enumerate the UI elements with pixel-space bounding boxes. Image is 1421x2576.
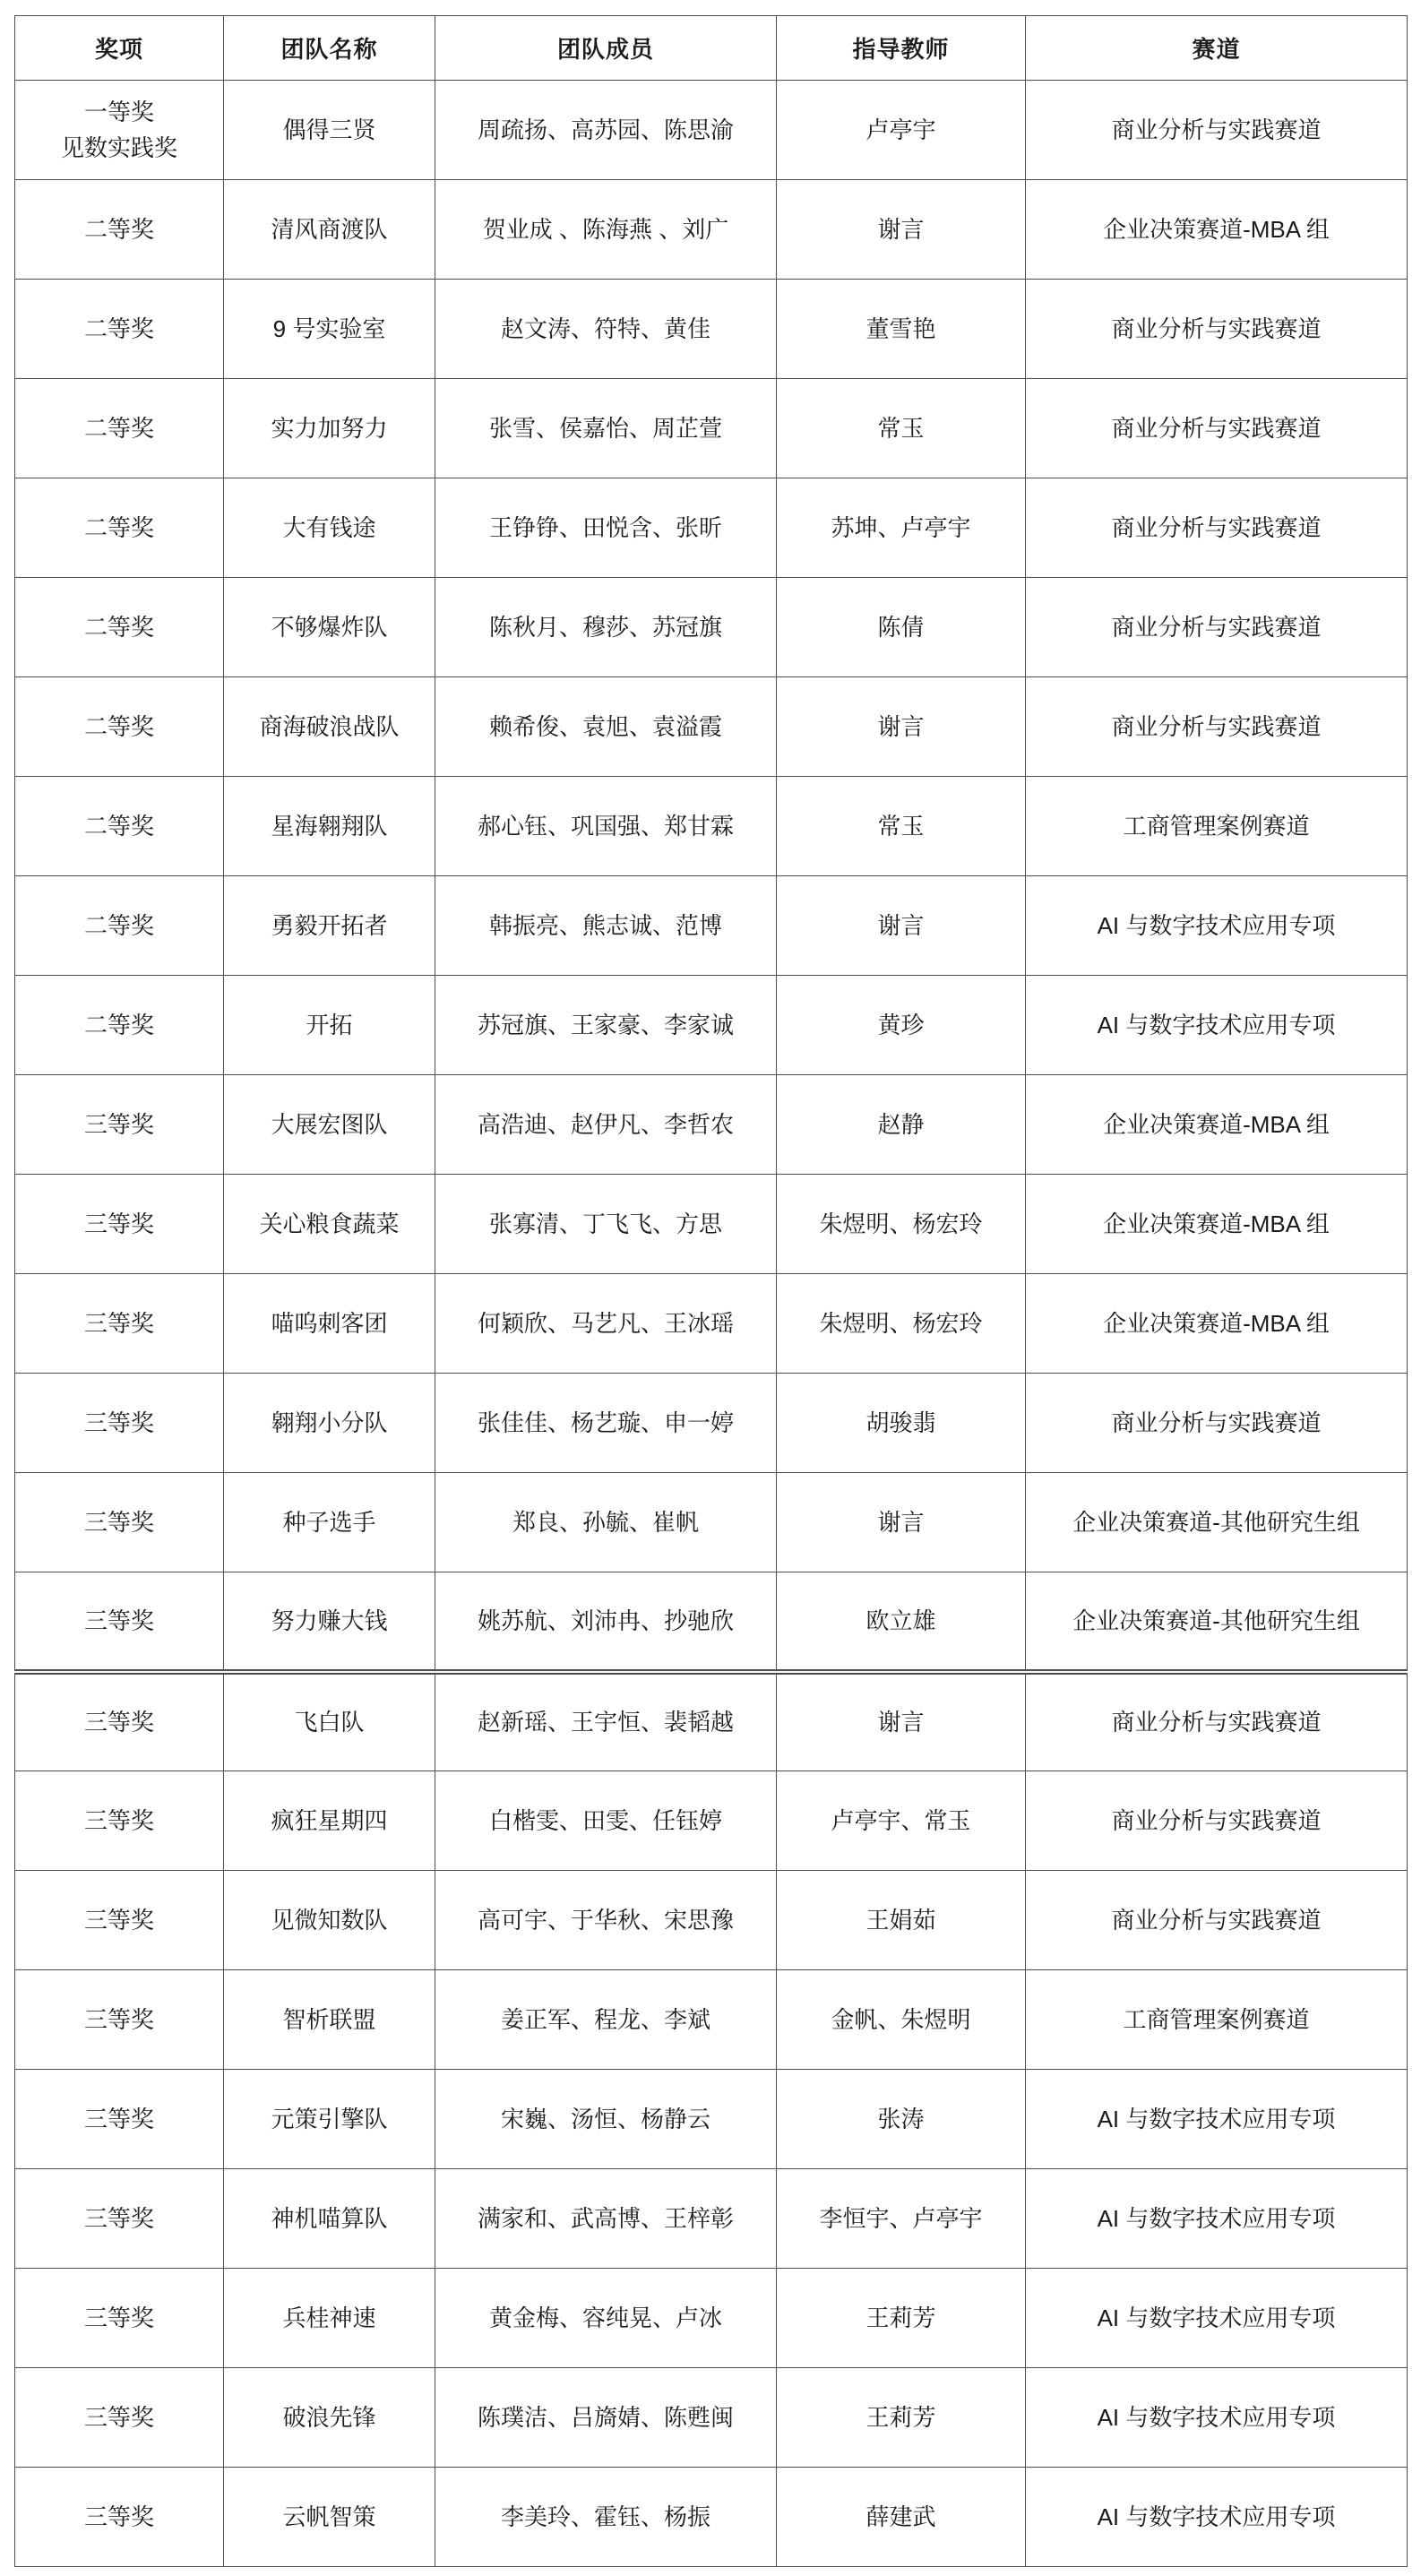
track-cell: AI 与数字技术应用专项 [1026,2269,1408,2368]
table-row: 三等奖 疯狂星期四 白楷雯、田雯、任钰婷 卢亭宇、常玉 商业分析与实践赛道 [15,1771,1408,1871]
track-cell: AI 与数字技术应用专项 [1026,2070,1408,2169]
members-cell: 张佳佳、杨艺璇、申一婷 [435,1374,777,1473]
members-cell: 姜正军、程龙、李斌 [435,1970,777,2070]
members-cell: 陈璞洁、吕旖婧、陈甦闽 [435,2368,777,2468]
table-row: 二等奖 星海翱翔队 郝心钰、巩国强、郑甘霖 常玉 工商管理案例赛道 [15,777,1408,876]
teacher-cell: 李恒宇、卢亭宇 [777,2169,1026,2269]
track-cell: AI 与数字技术应用专项 [1026,876,1408,976]
track-cell: 企业决策赛道-MBA 组 [1026,1175,1408,1274]
table-row: 三等奖 翱翔小分队 张佳佳、杨艺璇、申一婷 胡骏翡 商业分析与实践赛道 [15,1374,1408,1473]
table-row: 三等奖 元策引擎队 宋巍、汤恒、杨静云 张涛 AI 与数字技术应用专项 [15,2070,1408,2169]
teacher-cell: 胡骏翡 [777,1374,1026,1473]
team-name-cell: 破浪先锋 [224,2368,435,2468]
award-cell: 二等奖 [15,976,224,1075]
award-cell: 二等奖 [15,280,224,379]
column-header-award: 奖项 [15,16,224,81]
team-name-cell: 开拓 [224,976,435,1075]
members-cell: 张雪、侯嘉怡、周芷萱 [435,379,777,478]
award-cell: 二等奖 [15,677,224,777]
track-cell: 工商管理案例赛道 [1026,777,1408,876]
track-cell: 工商管理案例赛道 [1026,1970,1408,2070]
table-row: 二等奖 9 号实验室 赵文涛、符特、黄佳 董雪艳 商业分析与实践赛道 [15,280,1408,379]
track-cell: 商业分析与实践赛道 [1026,1871,1408,1970]
teacher-cell: 卢亭宇、常玉 [777,1771,1026,1871]
teacher-cell: 张涛 [777,2070,1026,2169]
track-cell: 商业分析与实践赛道 [1026,280,1408,379]
members-cell: 周疏扬、高苏园、陈思渝 [435,81,777,180]
award-cell: 三等奖 [15,1075,224,1175]
team-name-cell: 星海翱翔队 [224,777,435,876]
column-header-team: 团队名称 [224,16,435,81]
table-row: 二等奖 不够爆炸队 陈秋月、穆莎、苏冠旗 陈倩 商业分析与实践赛道 [15,578,1408,677]
award-cell: 三等奖 [15,1175,224,1274]
members-cell: 陈秋月、穆莎、苏冠旗 [435,578,777,677]
members-cell: 宋巍、汤恒、杨静云 [435,2070,777,2169]
table-row: 三等奖 大展宏图队 高浩迪、赵伊凡、李哲农 赵静 企业决策赛道-MBA 组 [15,1075,1408,1175]
teacher-cell: 欧立雄 [777,1572,1026,1672]
members-cell: 苏冠旗、王家豪、李家诚 [435,976,777,1075]
team-name-cell: 神机喵算队 [224,2169,435,2269]
teacher-cell: 董雪艳 [777,280,1026,379]
award-cell: 三等奖 [15,1572,224,1672]
teacher-cell: 常玉 [777,777,1026,876]
members-cell: 王铮铮、田悦含、张昕 [435,478,777,578]
members-cell: 贺业成 、陈海燕 、刘广 [435,180,777,280]
team-name-cell: 关心粮食蔬菜 [224,1175,435,1274]
members-cell: 李美玲、霍钰、杨振 [435,2468,777,2567]
track-cell: 企业决策赛道-MBA 组 [1026,180,1408,280]
track-cell: 商业分析与实践赛道 [1026,677,1408,777]
track-cell: 商业分析与实践赛道 [1026,578,1408,677]
table-row: 二等奖 清风商渡队 贺业成 、陈海燕 、刘广 谢言 企业决策赛道-MBA 组 [15,180,1408,280]
teacher-cell: 金帆、朱煜明 [777,1970,1026,2070]
team-name-cell: 翱翔小分队 [224,1374,435,1473]
team-name-cell: 飞白队 [224,1672,435,1771]
members-cell: 黄金梅、容纯晃、卢冰 [435,2269,777,2368]
track-cell: 企业决策赛道-MBA 组 [1026,1075,1408,1175]
team-name-cell: 不够爆炸队 [224,578,435,677]
table-row: 三等奖 破浪先锋 陈璞洁、吕旖婧、陈甦闽 王莉芳 AI 与数字技术应用专项 [15,2368,1408,2468]
track-cell: 商业分析与实践赛道 [1026,1374,1408,1473]
table-row: 三等奖 神机喵算队 满家和、武高博、王梓彰 李恒宇、卢亭宇 AI 与数字技术应用… [15,2169,1408,2269]
header-row: 奖项 团队名称 团队成员 指导教师 赛道 [15,16,1408,81]
members-cell: 白楷雯、田雯、任钰婷 [435,1771,777,1871]
members-cell: 张寡清、丁飞飞、方思 [435,1175,777,1274]
track-cell: 企业决策赛道-MBA 组 [1026,1274,1408,1374]
award-cell: 三等奖 [15,1473,224,1572]
members-cell: 满家和、武高博、王梓彰 [435,2169,777,2269]
members-cell: 姚苏航、刘沛冉、抄驰欣 [435,1572,777,1672]
award-cell: 三等奖 [15,1871,224,1970]
award-cell: 三等奖 [15,1374,224,1473]
team-name-cell: 疯狂星期四 [224,1771,435,1871]
table-row: 三等奖 云帆智策 李美玲、霍钰、杨振 薛建武 AI 与数字技术应用专项 [15,2468,1408,2567]
team-name-cell: 大展宏图队 [224,1075,435,1175]
teacher-cell: 王莉芳 [777,2368,1026,2468]
team-name-cell: 元策引擎队 [224,2070,435,2169]
members-cell: 郝心钰、巩国强、郑甘霖 [435,777,777,876]
table-row: 三等奖 见微知数队 高可宇、于华秋、宋思豫 王娟茹 商业分析与实践赛道 [15,1871,1408,1970]
members-cell: 赵文涛、符特、黄佳 [435,280,777,379]
award-cell: 三等奖 [15,2269,224,2368]
track-cell: 商业分析与实践赛道 [1026,478,1408,578]
track-cell: 企业决策赛道-其他研究生组 [1026,1473,1408,1572]
teacher-cell: 谢言 [777,1672,1026,1771]
table-row: 三等奖 智析联盟 姜正军、程龙、李斌 金帆、朱煜明 工商管理案例赛道 [15,1970,1408,2070]
table-row: 三等奖 喵呜刺客团 何颖欣、马艺凡、王冰瑶 朱煜明、杨宏玲 企业决策赛道-MBA… [15,1274,1408,1374]
teacher-cell: 卢亭宇 [777,81,1026,180]
members-cell: 赵新瑶、王宇恒、裴韬越 [435,1672,777,1771]
team-name-cell: 兵桂神速 [224,2269,435,2368]
teacher-cell: 谢言 [777,677,1026,777]
table-row: 二等奖 开拓 苏冠旗、王家豪、李家诚 黄珍 AI 与数字技术应用专项 [15,976,1408,1075]
award-cell: 三等奖 [15,2070,224,2169]
teacher-cell: 苏坤、卢亭宇 [777,478,1026,578]
team-name-cell: 勇毅开拓者 [224,876,435,976]
teacher-cell: 薛建武 [777,2468,1026,2567]
team-name-cell: 云帆智策 [224,2468,435,2567]
team-name-cell: 实力加努力 [224,379,435,478]
teacher-cell: 陈倩 [777,578,1026,677]
members-cell: 郑良、孙毓、崔帆 [435,1473,777,1572]
track-cell: AI 与数字技术应用专项 [1026,2468,1408,2567]
award-cell: 三等奖 [15,2468,224,2567]
team-name-cell: 见微知数队 [224,1871,435,1970]
teacher-cell: 朱煜明、杨宏玲 [777,1175,1026,1274]
teacher-cell: 黄珍 [777,976,1026,1075]
teacher-cell: 谢言 [777,1473,1026,1572]
award-cell: 二等奖 [15,876,224,976]
award-cell: 二等奖 [15,578,224,677]
award-cell: 三等奖 [15,1672,224,1771]
track-cell: 商业分析与实践赛道 [1026,1771,1408,1871]
track-cell: 商业分析与实践赛道 [1026,1672,1408,1771]
team-name-cell: 清风商渡队 [224,180,435,280]
team-name-cell: 大有钱途 [224,478,435,578]
award-cell: 一等奖 见数实践奖 [15,81,224,180]
award-cell: 三等奖 [15,1274,224,1374]
teacher-cell: 王莉芳 [777,2269,1026,2368]
teacher-cell: 常玉 [777,379,1026,478]
teacher-cell: 赵静 [777,1075,1026,1175]
awards-table-body: 一等奖 见数实践奖 偶得三贤 周疏扬、高苏园、陈思渝 卢亭宇 商业分析与实践赛道… [15,81,1408,2567]
track-cell: AI 与数字技术应用专项 [1026,2368,1408,2468]
members-cell: 何颖欣、马艺凡、王冰瑶 [435,1274,777,1374]
team-name-cell: 偶得三贤 [224,81,435,180]
table-row: 二等奖 大有钱途 王铮铮、田悦含、张昕 苏坤、卢亭宇 商业分析与实践赛道 [15,478,1408,578]
team-name-cell: 努力赚大钱 [224,1572,435,1672]
award-cell: 二等奖 [15,478,224,578]
teacher-cell: 朱煜明、杨宏玲 [777,1274,1026,1374]
team-name-cell: 种子选手 [224,1473,435,1572]
track-cell: 商业分析与实践赛道 [1026,379,1408,478]
track-cell: AI 与数字技术应用专项 [1026,976,1408,1075]
award-cell: 三等奖 [15,2368,224,2468]
teacher-cell: 谢言 [777,876,1026,976]
award-cell: 二等奖 [15,379,224,478]
track-cell: AI 与数字技术应用专项 [1026,2169,1408,2269]
table-row: 三等奖 努力赚大钱 姚苏航、刘沛冉、抄驰欣 欧立雄 企业决策赛道-其他研究生组 [15,1572,1408,1672]
award-cell: 二等奖 [15,777,224,876]
members-cell: 韩振亮、熊志诚、范博 [435,876,777,976]
members-cell: 高浩迪、赵伊凡、李哲农 [435,1075,777,1175]
page: 奖项 团队名称 团队成员 指导教师 赛道 一等奖 见数实践奖 偶得三贤 周疏扬、… [0,0,1421,2576]
team-name-cell: 商海破浪战队 [224,677,435,777]
table-row: 二等奖 实力加努力 张雪、侯嘉怡、周芷萱 常玉 商业分析与实践赛道 [15,379,1408,478]
award-cell: 三等奖 [15,1970,224,2070]
team-name-cell: 喵呜刺客团 [224,1274,435,1374]
table-row: 一等奖 见数实践奖 偶得三贤 周疏扬、高苏园、陈思渝 卢亭宇 商业分析与实践赛道 [15,81,1408,180]
members-cell: 赖希俊、袁旭、袁溢霞 [435,677,777,777]
awards-table-header: 奖项 团队名称 团队成员 指导教师 赛道 [15,16,1408,81]
table-row: 三等奖 关心粮食蔬菜 张寡清、丁飞飞、方思 朱煜明、杨宏玲 企业决策赛道-MBA… [15,1175,1408,1274]
teacher-cell: 谢言 [777,180,1026,280]
award-cell: 三等奖 [15,2169,224,2269]
teacher-cell: 王娟茹 [777,1871,1026,1970]
team-name-cell: 9 号实验室 [224,280,435,379]
award-cell: 二等奖 [15,180,224,280]
table-row: 二等奖 商海破浪战队 赖希俊、袁旭、袁溢霞 谢言 商业分析与实践赛道 [15,677,1408,777]
column-header-track: 赛道 [1026,16,1408,81]
award-cell: 三等奖 [15,1771,224,1871]
track-cell: 商业分析与实践赛道 [1026,81,1408,180]
table-row: 二等奖 勇毅开拓者 韩振亮、熊志诚、范博 谢言 AI 与数字技术应用专项 [15,876,1408,976]
column-header-teacher: 指导教师 [777,16,1026,81]
track-cell: 企业决策赛道-其他研究生组 [1026,1572,1408,1672]
team-name-cell: 智析联盟 [224,1970,435,2070]
awards-table: 奖项 团队名称 团队成员 指导教师 赛道 一等奖 见数实践奖 偶得三贤 周疏扬、… [14,15,1408,2567]
table-row: 三等奖 飞白队 赵新瑶、王宇恒、裴韬越 谢言 商业分析与实践赛道 [15,1672,1408,1771]
column-header-members: 团队成员 [435,16,777,81]
table-row: 三等奖 种子选手 郑良、孙毓、崔帆 谢言 企业决策赛道-其他研究生组 [15,1473,1408,1572]
table-row: 三等奖 兵桂神速 黄金梅、容纯晃、卢冰 王莉芳 AI 与数字技术应用专项 [15,2269,1408,2368]
members-cell: 高可宇、于华秋、宋思豫 [435,1871,777,1970]
